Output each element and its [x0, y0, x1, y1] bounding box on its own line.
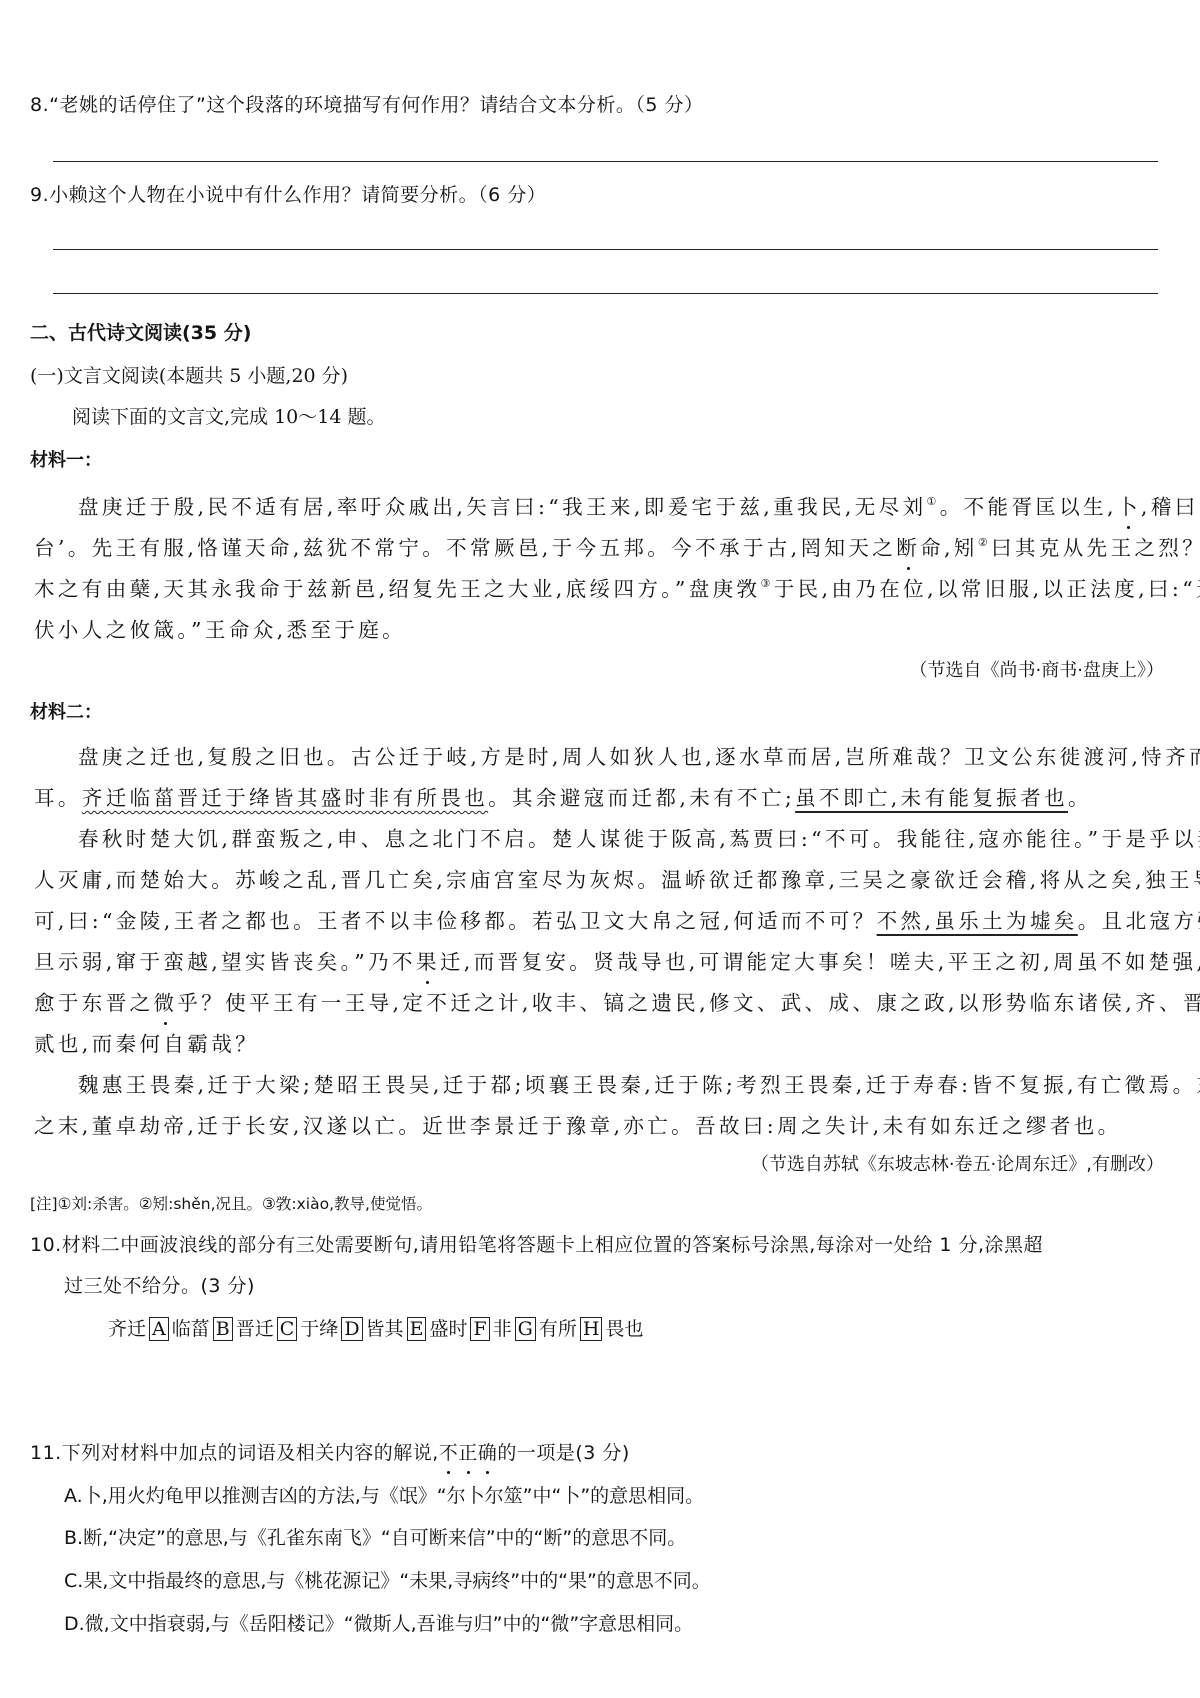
- material2-line: 魏惠王畏秦,迁于大梁;楚昭王畏吴,迁于鄀;顷襄王畏秦,迁于陈;考烈王畏秦,迁于寿…: [78, 1068, 1200, 1098]
- question-number: 9.: [30, 184, 49, 206]
- material1-line: 木之有由蘖,天其永我命于兹新邑,绍复先王之大业,底绥四方。”盘庚敩③于民,由乃在…: [34, 572, 1200, 602]
- emphasis-dot-char: 微: [154, 986, 178, 1016]
- question-number: 8.: [30, 94, 49, 116]
- option-label: C.: [64, 1570, 83, 1592]
- option-a[interactable]: A.卜,用火灼龟甲以推测吉凶的方法,与《氓》“尔卜尔筮”中“卜”的意思相同。: [64, 1481, 704, 1508]
- wavy-underlined-text: 齐迁临菑晋迁于绛皆其盛时非有所畏也: [82, 786, 488, 810]
- emphasis-dot-char: 正: [458, 1438, 478, 1465]
- answer-line[interactable]: [53, 293, 1158, 294]
- break-box-f[interactable]: F: [470, 1317, 489, 1341]
- footnote-ref: ②: [978, 536, 991, 549]
- question-number: 11.: [30, 1442, 62, 1464]
- material2-line: 盘庚之迁也,复殷之旧也。古公迁于岐,方是时,周人如狄人也,逐水草而居,岂所难哉？…: [78, 740, 1200, 770]
- option-c[interactable]: C.果,文中指最终的意思,与《桃花源记》“未果,寻病终”中的“果”的意思不同。: [64, 1566, 711, 1593]
- material2-line: 之末,董卓劫帝,迁于长安,汉遂以亡。近世李景迁于豫章,亦亡。吾故曰:周之失计,未…: [34, 1109, 1122, 1139]
- footnote-ref: ③: [760, 577, 773, 590]
- sentence-break-options: 齐迁A临菑B晋迁C于绛D皆其E盛时F非G有所H畏也: [108, 1314, 643, 1341]
- question-text: 小赖这个人物在小说中有什么作用？请简要分析。（6 分）: [49, 184, 546, 206]
- material1-line: 台’。先王有服,恪谨天命,兹犹不常宁。不常厥邑,于今五邦。今不承于古,罔知天之断…: [34, 531, 1200, 561]
- break-box-a[interactable]: A: [149, 1317, 169, 1341]
- material2-line: 贰也,而秦何自霸哉？: [34, 1027, 259, 1057]
- question-11: 11.下列对材料中加点的词语及相关内容的解说,不正确的一项是(3 分): [30, 1438, 630, 1465]
- break-box-e[interactable]: E: [407, 1317, 427, 1341]
- material2-line: 人灭庸,而楚始大。苏峻之乱,晋几亡矣,宗庙宫室尽为灰烬。温峤欲迁都豫章,三吴之豪…: [34, 863, 1200, 893]
- emphasis-dot-char: 卜: [1117, 490, 1141, 520]
- material2-line: 愈于东晋之微乎？使平王有一王导,定不迁之计,收丰、镐之遗民,修文、武、成、康之政…: [34, 986, 1200, 1016]
- option-text: 卜,用火灼龟甲以推测吉凶的方法,与《氓》“尔卜尔筮”中“卜”的意思相同。: [83, 1485, 704, 1507]
- material1-source: （节选自《尚书·商书·盘庚上》）: [910, 656, 1164, 682]
- option-label: B.: [64, 1527, 83, 1549]
- underlined-sentence: 虽不即亡,未有能复振者也: [795, 786, 1068, 810]
- emphasis-dot-char: 不: [439, 1438, 459, 1465]
- material1-line: 盘庚迁于殷,民不适有居,率吁众戚出,矢言曰:“我王来,即爰宅于兹,重我民,无尽刘…: [78, 490, 1200, 520]
- material2-line: 春秋时楚大饥,群蛮叛之,申、息之北门不启。楚人谋徙于阪高,蒍贾曰:“不可。我能往…: [78, 822, 1200, 852]
- footnotes: [注]①刘:杀害。②矧:shěn,况且。③敩:xiào,教导,使觉悟。: [30, 1192, 432, 1214]
- footnote-ref: ①: [926, 495, 939, 508]
- question-10-continued: 过三处不给分。(3 分): [64, 1271, 255, 1298]
- emphasis-dot-char: 断: [896, 531, 920, 561]
- instruction: 阅读下面的文言文,完成 10～14 题。: [72, 402, 385, 429]
- option-label: A.: [64, 1485, 83, 1507]
- break-box-d[interactable]: D: [341, 1317, 362, 1341]
- emphasis-dot-char: 确: [478, 1438, 498, 1465]
- option-b[interactable]: B.断,“决定”的意思,与《孔雀东南飞》“自可断来信”中的“断”的意思不同。: [64, 1523, 686, 1550]
- section-title: 二、古代诗文阅读(35 分): [30, 318, 251, 345]
- option-text: 果,文中指最终的意思,与《桃花源记》“未果,寻病终”中的“果”的意思不同。: [83, 1570, 711, 1592]
- subsection-title: (一)文言文阅读(本题共 5 小题,20 分): [30, 361, 348, 388]
- material2-line: 旦示弱,窜于蛮越,望实皆丧矣。”乃不果迁,而晋复安。贤哉导也,可谓能定大事矣！嗟…: [34, 945, 1200, 975]
- question-8: 8.“老姚的话停住了”这个段落的环境描写有何作用？请结合文本分析。（5 分）: [30, 90, 703, 117]
- option-text: 微,文中指衰弱,与《岳阳楼记》“微斯人,吾谁与归”中的“微”字意思相同。: [85, 1613, 694, 1635]
- emphasis-dot-char: 果: [416, 945, 440, 975]
- answer-line[interactable]: [53, 161, 1158, 162]
- material1-label: 材料一：: [30, 446, 102, 472]
- material2-line: 耳。齐迁临菑晋迁于绛皆其盛时非有所畏也。其余避寇而迁都,未有不亡;虽不即亡,未有…: [34, 781, 1092, 811]
- option-d[interactable]: D.微,文中指衰弱,与《岳阳楼记》“微斯人,吾谁与归”中的“微”字意思相同。: [64, 1609, 693, 1636]
- material2-label: 材料二：: [30, 698, 102, 724]
- break-box-c[interactable]: C: [277, 1317, 298, 1341]
- question-9: 9.小赖这个人物在小说中有什么作用？请简要分析。（6 分）: [30, 180, 546, 207]
- answer-line[interactable]: [53, 249, 1158, 250]
- break-box-h[interactable]: H: [580, 1317, 603, 1341]
- question-number: 10.: [30, 1234, 62, 1256]
- underlined-sentence: 不然,虽乐土为墟矣: [877, 909, 1078, 933]
- material2-line: 可,曰:“金陵,王者之都也。王者不以丰俭移都。若弘卫文大帛之冠,何适而不可？不然…: [34, 904, 1200, 934]
- break-box-b[interactable]: B: [213, 1317, 233, 1341]
- break-box-g[interactable]: G: [515, 1317, 536, 1341]
- material2-source: （节选自苏轼《东坡志林·卷五·论周东迁》,有删改）: [751, 1150, 1164, 1176]
- question-10: 10.材料二中画波浪线的部分有三处需要断句,请用铅笔将答题卡上相应位置的答案标号…: [30, 1230, 1043, 1257]
- option-label: D.: [64, 1613, 85, 1635]
- material1-line: 伏小人之攸箴。”王命众,悉至于庭。: [34, 613, 406, 643]
- option-text: 断,“决定”的意思,与《孔雀东南飞》“自可断来信”中的“断”的意思不同。: [83, 1527, 686, 1549]
- question-text: “老姚的话停住了”这个段落的环境描写有何作用？请结合文本分析。（5 分）: [49, 94, 703, 116]
